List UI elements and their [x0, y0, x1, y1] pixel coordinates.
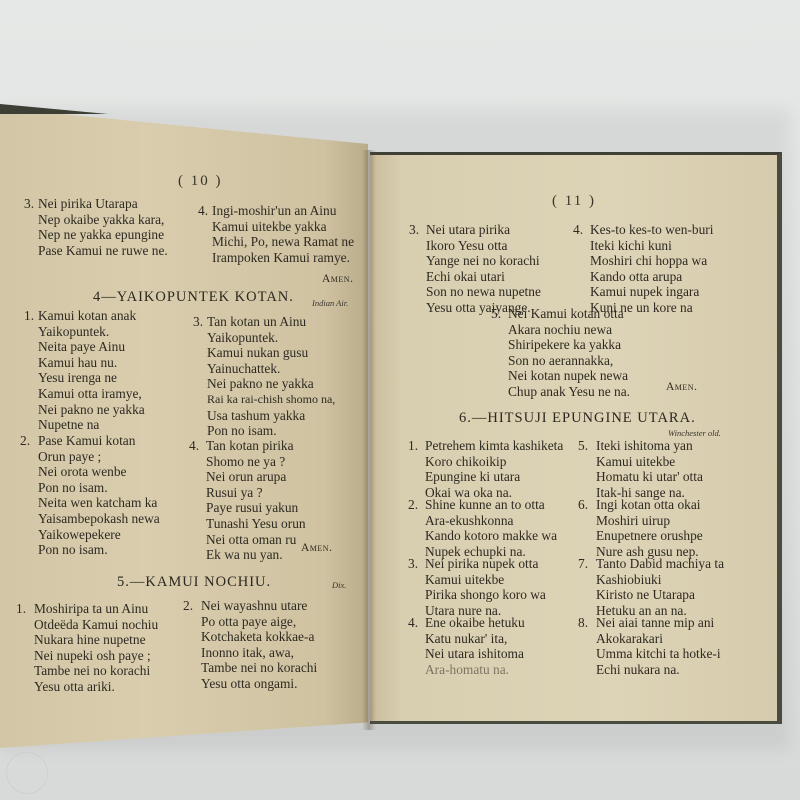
verse-line: Kotchaketa kokkae-a — [201, 629, 317, 645]
verse-line: Nupetne na — [38, 417, 145, 433]
tune-name: Dix. — [332, 580, 346, 590]
verse-line: Pirika shongo koro wa — [425, 587, 546, 603]
verse-line: Ene okaibe hetuku — [425, 615, 525, 631]
verse-line: Yaikopuntek. — [207, 330, 335, 346]
tune-name: Indian Air. — [312, 298, 348, 308]
amen-label: Amen. — [322, 272, 353, 288]
verse-line: Tan kotan pirika — [206, 438, 306, 454]
verse-line: Pon no isam. — [207, 423, 335, 439]
verse-line: Nei pirika Utarapa — [38, 196, 168, 212]
verse-line: Orun paye ; — [38, 449, 160, 465]
verse-line: Kamui nukan gusu — [207, 345, 335, 361]
verse-number: 1. — [16, 601, 26, 617]
faint-stamp-mark — [6, 752, 48, 794]
verse-line: Nei nupeki osh paye ; — [34, 648, 158, 664]
verse-line: Petrehem kimta kashiketa — [425, 438, 563, 454]
verse-line: Rai ka rai-chish shomo na, — [207, 392, 335, 408]
verse-line: Moshiri uirup — [596, 513, 703, 529]
verse-line: Nei wayashnu utare — [201, 598, 317, 614]
verse-line: Kashiobiuki — [596, 572, 724, 588]
verse-number: 3. — [409, 222, 419, 238]
verse-line: Nei Kamui kotan otta — [508, 306, 630, 322]
verse-number: 1. — [24, 308, 34, 324]
verse-line: Yaikowepekere — [38, 527, 160, 543]
verse-line: Inonno itak, awa, — [201, 645, 317, 661]
verse-line: Nei utara ishitoma — [425, 646, 525, 662]
amen-label: Amen. — [301, 541, 332, 557]
verse-line: Shomo ne ya ? — [206, 454, 306, 470]
verse-line: Pase Kamui ne ruwe ne. — [38, 243, 168, 259]
verse-line: Ingi-moshir'un an Ainu — [212, 203, 354, 219]
hymn-title: 6.—HITSUJI EPUNGINE UTARA. — [459, 410, 696, 427]
verse-line: Enupetnere orushpe — [596, 528, 703, 544]
verse-line: Kamui uitekbe yakka — [212, 219, 354, 235]
verse-line: Yainuchattek. — [207, 361, 335, 377]
verse-line: Shine kunne an to otta — [425, 497, 557, 513]
verse-line: Yange nei no korachi — [426, 253, 541, 269]
verse-number: 6. — [578, 497, 588, 513]
verse-line: Usa tashum yakka — [207, 408, 335, 424]
verse-line: Neita paye Ainu — [38, 339, 145, 355]
verse-line: Pon no isam. — [38, 542, 160, 558]
verse-number: 5. — [578, 438, 588, 454]
verse-line: Kando kotoro makke wa — [425, 528, 557, 544]
verse-line: Akara nochiu newa — [508, 322, 630, 338]
verse-line: Po otta paye aige, — [201, 614, 317, 630]
verse-number: 2. — [20, 433, 30, 449]
verse-line: Yesu irenga ne — [38, 370, 145, 386]
verse-line: Ingi kotan otta okai — [596, 497, 703, 513]
verse-line: Ara-ekushkonna — [425, 513, 557, 529]
book-gutter — [362, 150, 376, 730]
verse-number: 3. — [24, 196, 34, 212]
verse-number: 2. — [408, 497, 418, 513]
hymn-title: 4—YAIKOPUNTEK KOTAN. — [93, 289, 294, 306]
verse-number: 2. — [183, 598, 193, 614]
verse-line: Epungine ki utara — [425, 469, 563, 485]
verse-line: Tunashi Yesu orun — [206, 516, 306, 532]
verse-line: Irampoken Kamui ramye. — [212, 250, 354, 266]
verse-line: Tambe nei no korachi — [201, 660, 317, 676]
verse-line: Chup anak Yesu ne na. — [508, 384, 630, 400]
verse-line: Shiripekere ka yakka — [508, 337, 630, 353]
verse-line: Rusui ya ? — [206, 485, 306, 501]
verse-line: Nei aiai tanne mip ani — [596, 615, 721, 631]
page-number-right: ( 11 ) — [552, 193, 596, 210]
verse-line: Paye rusui yakun — [206, 500, 306, 516]
verse-line: Neita wen katcham ka — [38, 495, 160, 511]
verse-number: 8. — [578, 615, 588, 631]
amen-label: Amen. — [666, 380, 697, 396]
verse-number: 5. — [491, 306, 501, 322]
verse-line: Echi okai utari — [426, 269, 541, 285]
verse-line: Nei otta oman ru — [206, 532, 306, 548]
tune-name: Winchester old. — [668, 428, 721, 438]
verse-line: Moshiri chi hoppa wa — [590, 253, 713, 269]
verse-line: Kes-to kes-to wen-buri — [590, 222, 713, 238]
verse-number: 4. — [198, 203, 208, 219]
verse-line: Nep okaibe yakka kara, — [38, 212, 168, 228]
verse-line: Ara-homatu na. — [425, 662, 525, 678]
verse-number: 3. — [408, 556, 418, 572]
verse-line: Yesu otta ariki. — [34, 679, 158, 695]
verse-line: Echi nukara na. — [596, 662, 721, 678]
verse-line: Kamui nupek ingara — [590, 284, 713, 300]
verse-number: 4. — [573, 222, 583, 238]
verse-line: Otdeëda Kamui nochiu — [34, 617, 158, 633]
verse-line: Kamui uitekbe — [596, 454, 703, 470]
verse-line: Nei orun arupa — [206, 469, 306, 485]
verse-line: Michi, Po, newa Ramat ne — [212, 234, 354, 250]
verse-line: Yaisambepokash newa — [38, 511, 160, 527]
verse-line: Tan kotan un Ainu — [207, 314, 335, 330]
verse-number: 1. — [408, 438, 418, 454]
verse-line: Nei orota wenbe — [38, 464, 160, 480]
verse-line: Kamui otta iramye, — [38, 386, 145, 402]
verse-line: Kiristo ne Utarapa — [596, 587, 724, 603]
verse-line: Nei pirika nupek otta — [425, 556, 546, 572]
verse-line: Pase Kamui kotan — [38, 433, 160, 449]
verse-line: Pon no isam. — [38, 480, 160, 496]
verse-line: Koro chikoikip — [425, 454, 563, 470]
verse-line: Kamui hau nu. — [38, 355, 145, 371]
verse-line: Son no aerannakka, — [508, 353, 630, 369]
verse-number: 4. — [189, 438, 199, 454]
verse-line: Yaikopuntek. — [38, 324, 145, 340]
verse-line: Nei pakno ne yakka — [207, 376, 335, 392]
page-number-left: ( 10 ) — [178, 173, 223, 190]
verse-line: Yesu otta ongami. — [201, 676, 317, 692]
verse-line: Son no newa nupetne — [426, 284, 541, 300]
verse-line: Ikoro Yesu otta — [426, 238, 541, 254]
verse-line: Kamui kotan anak — [38, 308, 145, 324]
verse-line: Iteki ishitoma yan — [596, 438, 703, 454]
verse-line: Katu nukar' ita, — [425, 631, 525, 647]
verse-line: Kamui uitekbe — [425, 572, 546, 588]
verse-line: Umma kitchi ta hotke-i — [596, 646, 721, 662]
verse-line: Tanto Dabid machiya ta — [596, 556, 724, 572]
verse-line: Moshiripa ta un Ainu — [34, 601, 158, 617]
hymn-title: 5.—KAMUI NOCHIU. — [117, 574, 271, 591]
verse-number: 3. — [193, 314, 203, 330]
verse-line: Nei kotan nupek newa — [508, 368, 630, 384]
verse-line: Ek wa nu yan. — [206, 547, 306, 563]
verse-number: 7. — [578, 556, 588, 572]
verse-line: Nep ne yakka epungine — [38, 227, 168, 243]
verse-line: Kando otta arupa — [590, 269, 713, 285]
verse-line: Nei pakno ne yakka — [38, 402, 145, 418]
verse-number: 4. — [408, 615, 418, 631]
verse-line: Akokarakari — [596, 631, 721, 647]
verse-line: Nei utara pirika — [426, 222, 541, 238]
verse-line: Tambe nei no korachi — [34, 663, 158, 679]
verse-line: Homatu ki utar' otta — [596, 469, 703, 485]
verse-line: Nukara hine nupetne — [34, 632, 158, 648]
verse-line: Iteki kichi kuni — [590, 238, 713, 254]
